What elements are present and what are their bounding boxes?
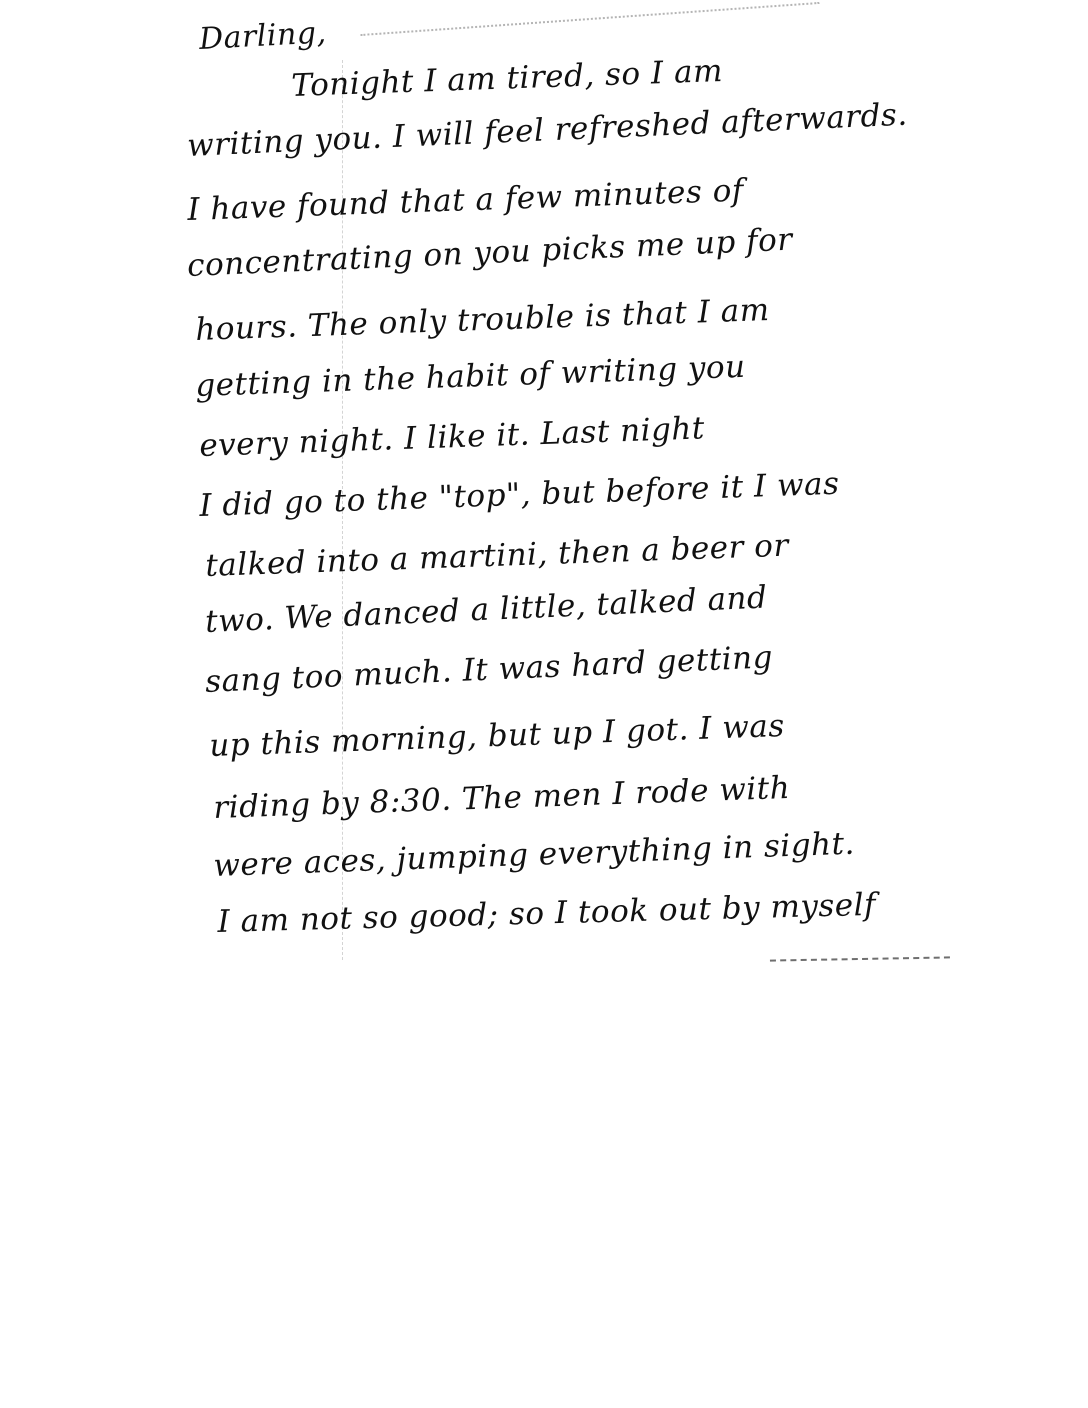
salutation: Darling, <box>198 15 327 57</box>
letter-line: riding by 8:30. The men I rode with <box>213 770 791 826</box>
letter-line: two. We danced a little, talked and <box>204 579 768 640</box>
letter-line: up this morning, but up I got. I was <box>209 708 786 764</box>
scan-noise-top <box>360 2 819 40</box>
letter-line: writing you. I will feel refreshed after… <box>186 97 908 164</box>
letter-line: I have found that a few minutes of <box>187 173 745 228</box>
letter-line: sang too much. It was hard getting <box>204 639 773 700</box>
letter-line: were aces, jumping everything in sight. <box>213 826 856 884</box>
letter-line: getting in the habit of writing you <box>195 349 746 404</box>
letter-line: Tonight I am tired, so I am <box>291 53 724 104</box>
letter-line: concentrating on you picks me up for <box>186 222 793 284</box>
letter-line: talked into a martini, then a beer or <box>205 528 790 584</box>
letter-line: every night. I like it. Last night <box>199 410 706 464</box>
scan-noise-bottom <box>770 956 950 967</box>
letter-page: Darling, Tonight I am tired, so I am wri… <box>0 0 1088 1408</box>
letter-line: hours. The only trouble is that I am <box>195 292 770 348</box>
letter-line: I am not so good; so I took out by mysel… <box>217 887 876 940</box>
letter-line: I did go to the "top", but before it I w… <box>199 466 840 524</box>
